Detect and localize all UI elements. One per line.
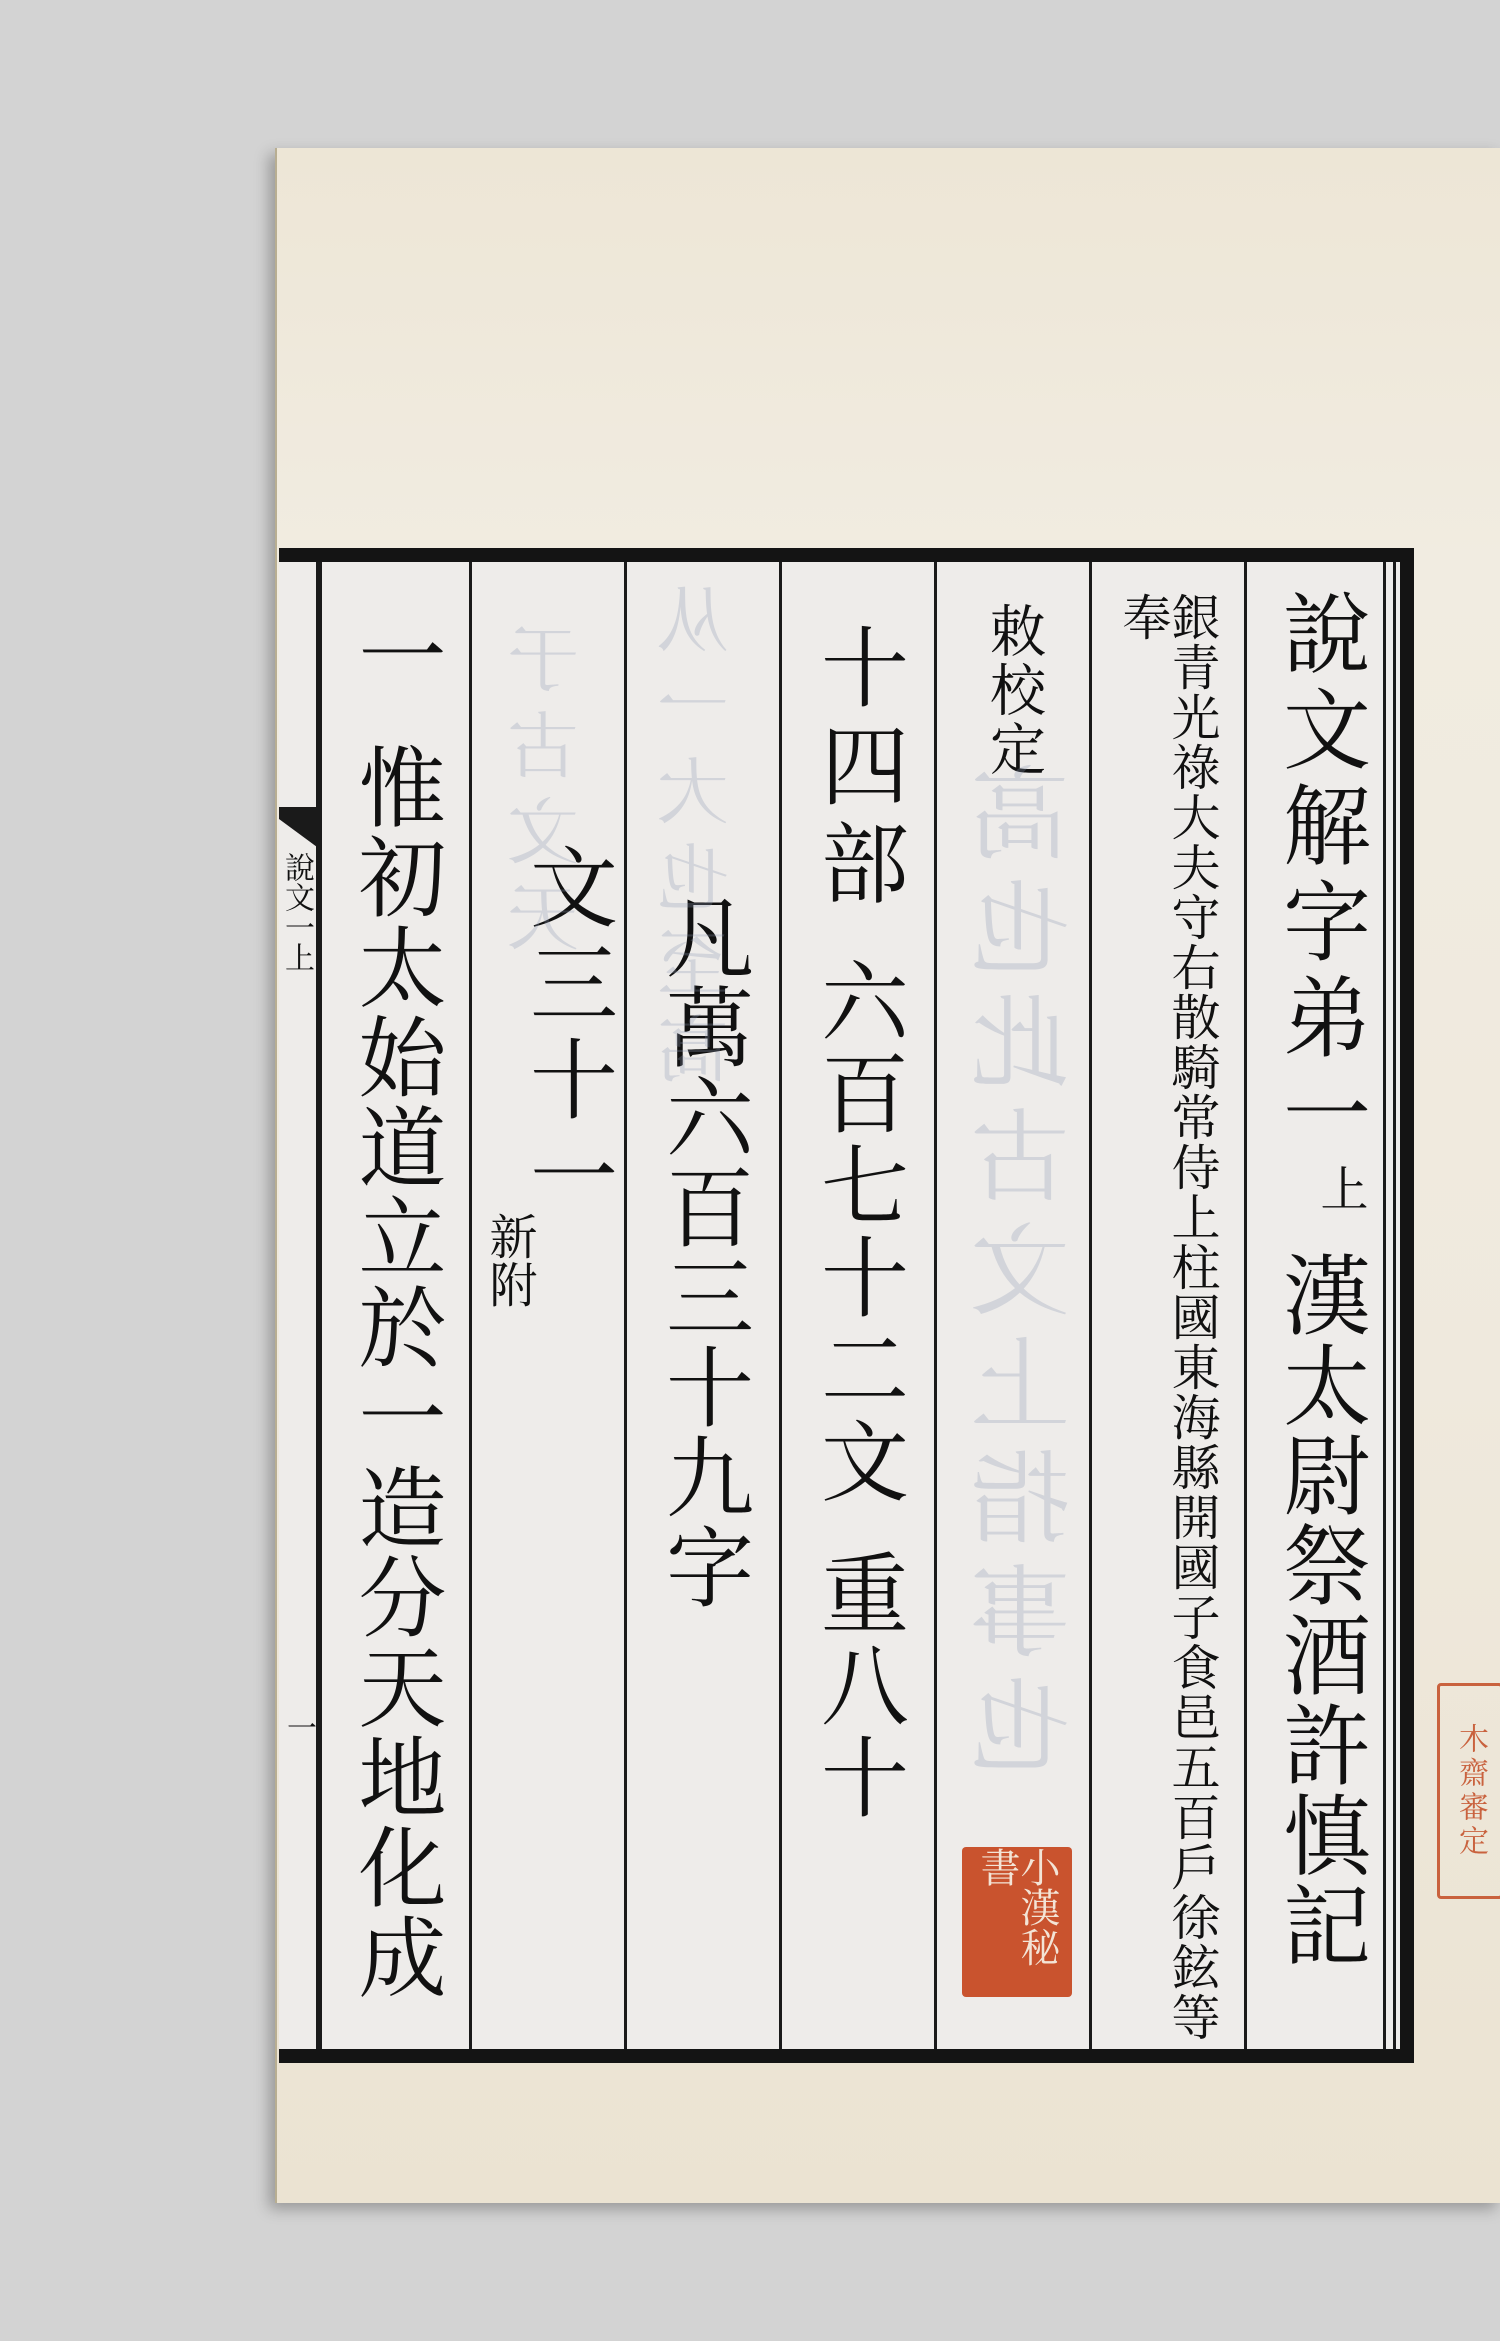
summary-column-2: 从一大也至高 凡萬六百三十九字 xyxy=(624,562,779,2049)
author-line: 漢太尉祭酒許慎記 xyxy=(1276,1250,1364,1970)
summary-column-1: 十四部 六百七十二文 重八十 xyxy=(779,562,934,2049)
book-page: 說文一上 一 一 惟初太始道立於一造分天地化成 于古文天 文三十一 新附 从一大… xyxy=(275,148,1500,2203)
gutter-label: 說文一上 xyxy=(281,852,311,972)
entry-column: 一 惟初太始道立於一造分天地化成 xyxy=(319,562,469,2049)
printed-frame: 說文一上 一 一 惟初太始道立於一造分天地化成 于古文天 文三十一 新附 从一大… xyxy=(279,548,1414,2063)
volume-suffix: 上 xyxy=(1316,1164,1364,1212)
new-additions-note: 新附 xyxy=(485,1212,533,1308)
imperial-collation-text: 敕校定 xyxy=(985,602,1041,779)
gutter-page-number: 一 xyxy=(283,1712,313,1742)
seal-muzhai-shending: 木齋審定 xyxy=(1437,1683,1500,1899)
title-column: 說文解字弟一 上 漢太尉祭酒許慎記 xyxy=(1244,562,1396,2049)
entry-definition: 惟初太始道立於一造分天地化成 xyxy=(352,742,440,2002)
character-count: 六百七十二文 xyxy=(814,956,902,1508)
new-char-count: 文三十一 xyxy=(523,842,611,1226)
radical-count: 十四部 xyxy=(814,622,902,916)
fishtail-marker xyxy=(279,807,317,847)
book-title: 說文解字弟一 xyxy=(1276,588,1364,1164)
total-word-count: 凡萬六百三十九字 xyxy=(659,892,747,1612)
entry-head-char: 一 xyxy=(352,610,440,708)
summary-column-3: 于古文天 文三十一 新附 xyxy=(469,562,624,2049)
variant-count: 重八十 xyxy=(814,1548,902,1824)
gutter-column: 說文一上 一 xyxy=(279,562,319,2049)
